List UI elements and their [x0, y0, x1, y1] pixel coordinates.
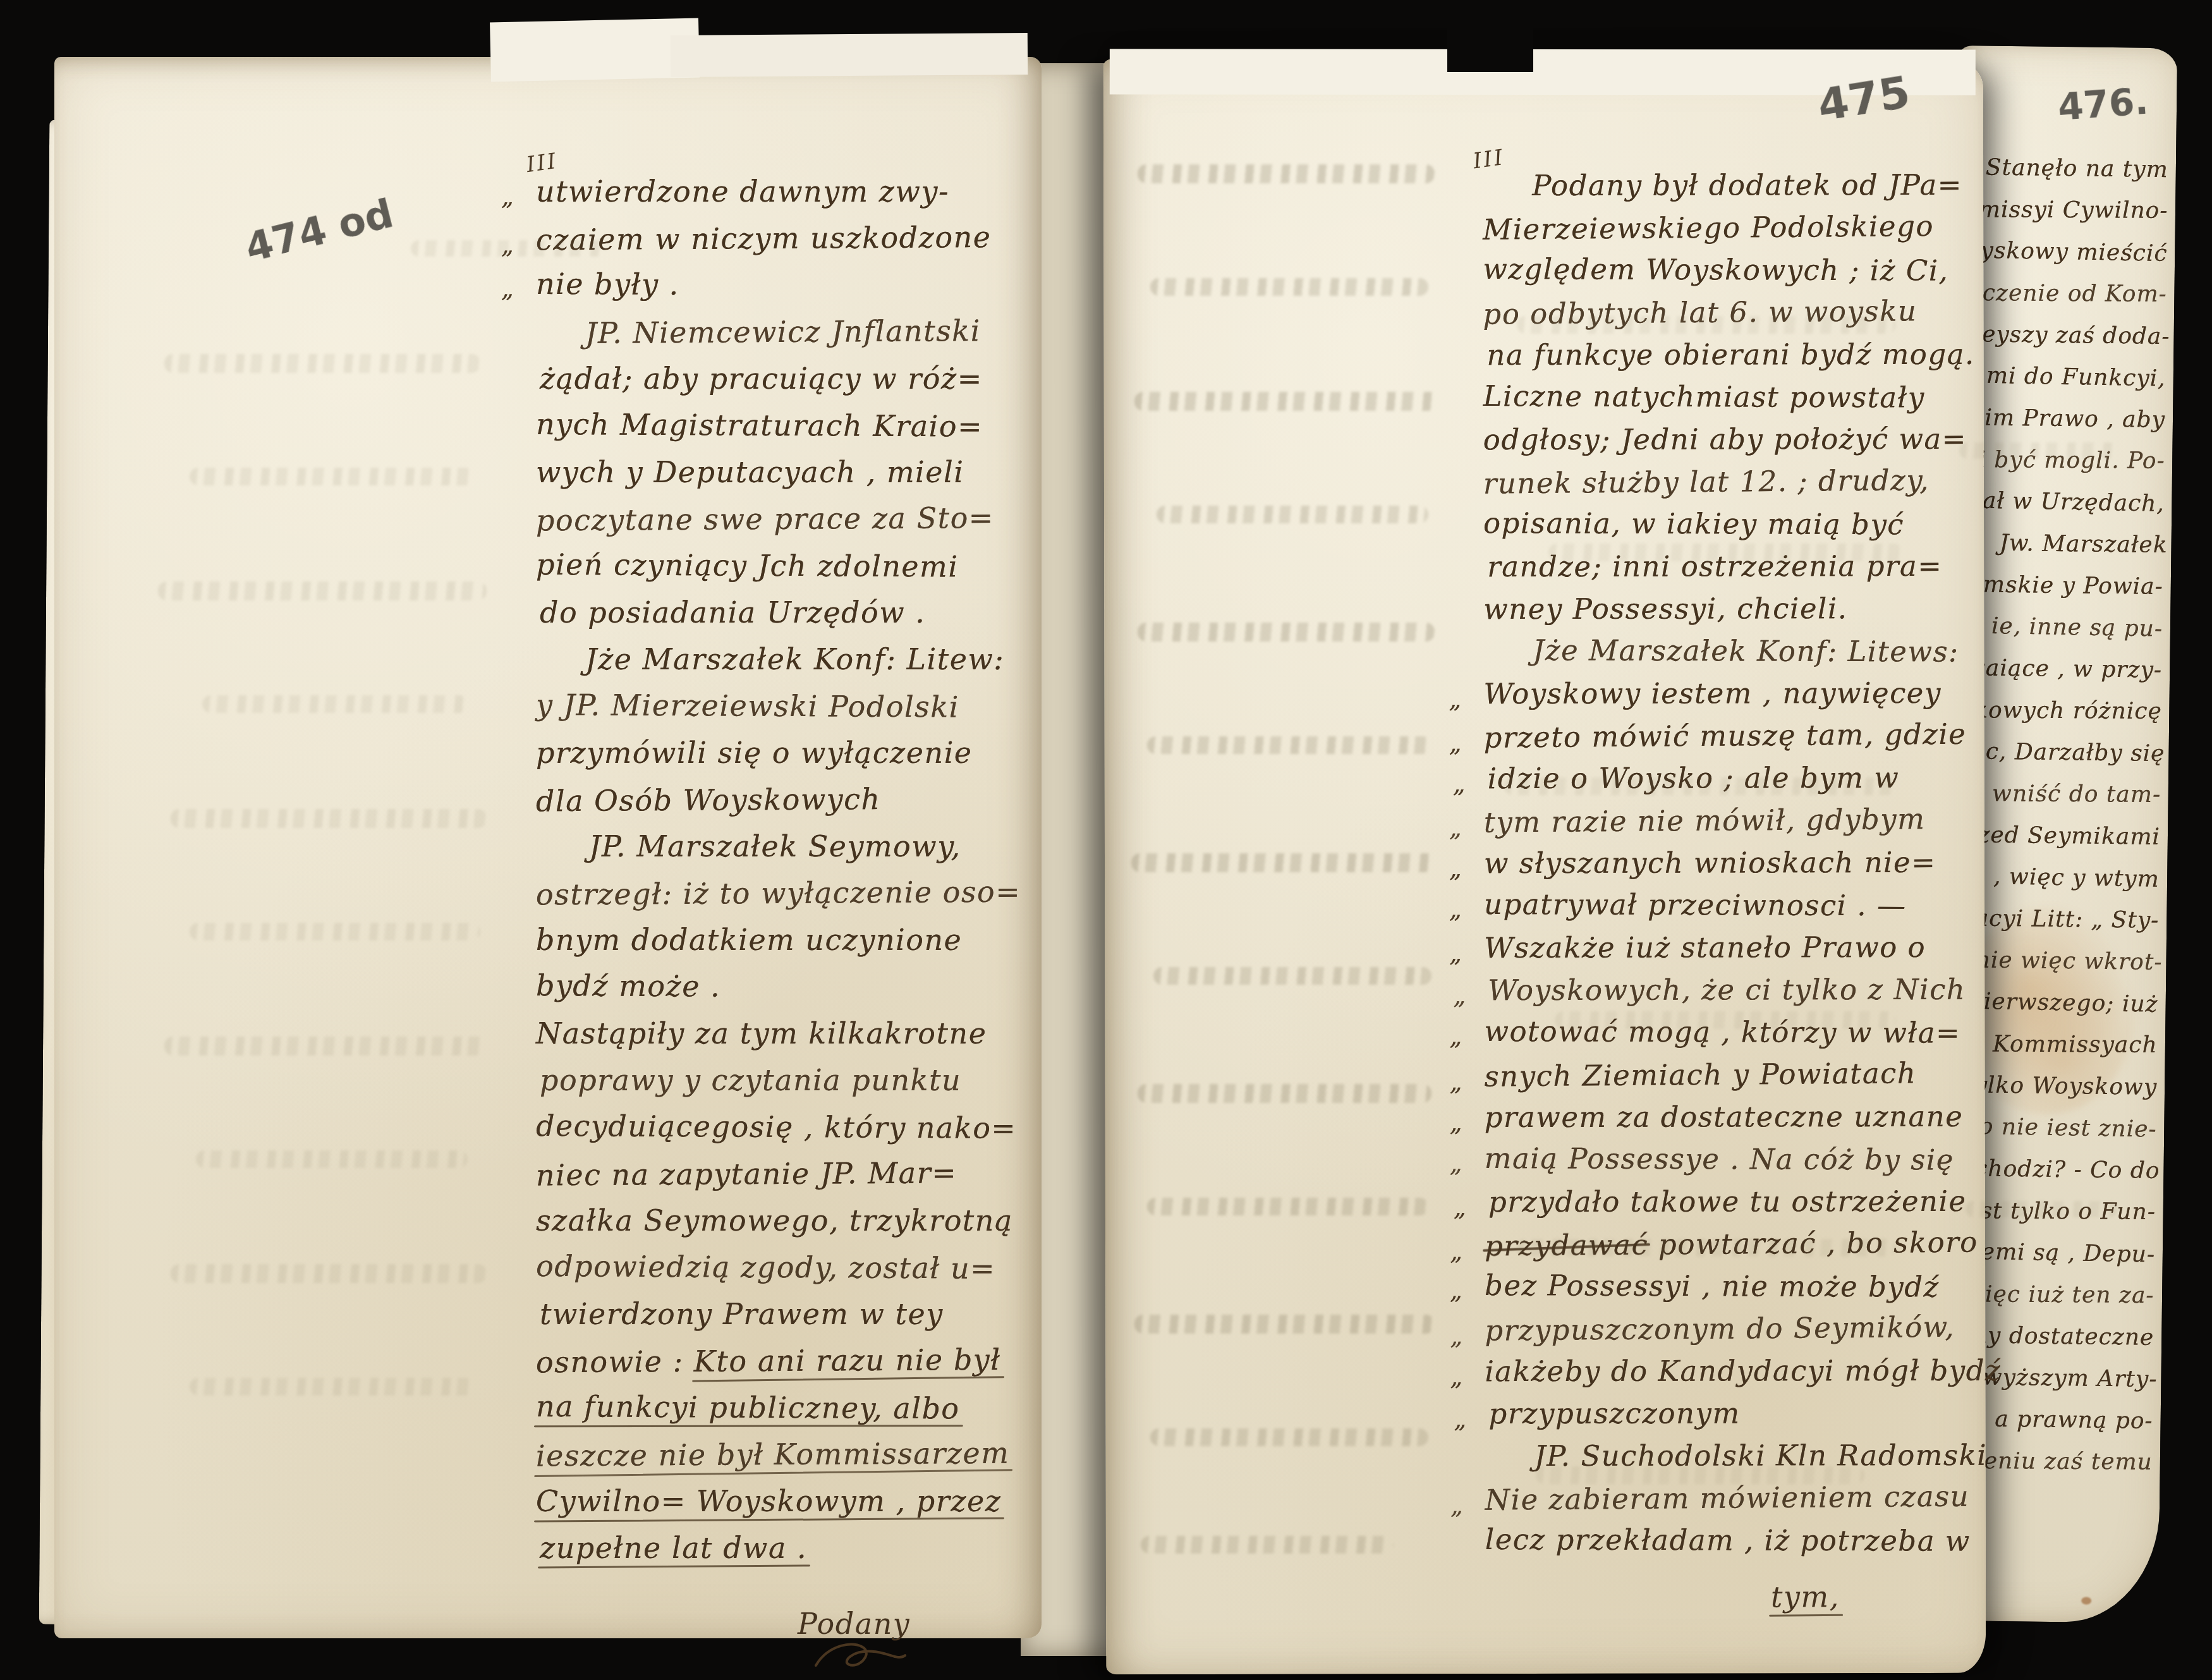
line-text: opisania, w iakiey maią być: [1483, 506, 1904, 541]
manuscript-line: c, Darzałby się: [1985, 733, 2169, 777]
manuscript-line: wych y Deputacyach , mieli: [536, 450, 1029, 497]
manuscript-line: poczytane swe prace za Sto=: [536, 496, 1029, 545]
line-text: y JP. Mierzeiewski Podolski: [536, 688, 959, 724]
bleed-through-ghost-text: [164, 354, 480, 373]
line-text: nie były .: [536, 267, 679, 301]
manuscript-line: „przydało takowe tu ostrzeżenie: [1488, 1181, 2007, 1224]
bleed-through-ghost-text: [1548, 544, 1902, 561]
line-text: Jże Marszałek Konf: Litew:: [585, 642, 1004, 676]
manuscript-line: JP. Niemcewicz Jnflantski: [536, 308, 1029, 358]
left-page-text: „utwierdzone dawnym zwy-„czaiem w niczym…: [536, 169, 1029, 1573]
line-text: mi do Funkcyi,: [1986, 363, 2166, 392]
manuscript-line: „tym razie nie mówił, gdybym: [1484, 798, 2003, 844]
bleed-through-ghost-text: [1138, 623, 1435, 642]
torn-paper-edge: [490, 18, 700, 82]
manuscript-line: lecz przekładam , iż potrzeba w: [1485, 1519, 2003, 1564]
line-text: odgłosy; Jedni aby położyć wa=: [1483, 422, 1967, 456]
line-text: w słyszanych wnioskach nie=: [1484, 846, 1936, 880]
margin-quote-mark: „: [1449, 848, 1462, 889]
margin-quote-mark: „: [1453, 764, 1466, 804]
bleed-through-ghost-text: [202, 695, 468, 713]
manuscript-line: mi do Funkcyi,: [1986, 356, 2170, 401]
margin-quote-mark: „: [1449, 723, 1462, 764]
manuscript-line: runek służby lat 12. ; drudzy,: [1483, 460, 2002, 506]
manuscript-line: „snych Ziemiach y Powiatach: [1484, 1052, 2003, 1099]
bleed-through-ghost-text: [411, 240, 607, 257]
right-page-text: Podany był dodatek od JPa=Mierzeiewskieg…: [1483, 165, 2003, 1563]
manuscript-line: Nastąpiły za tym kilkakrotne: [536, 1011, 1029, 1058]
bleed-through-ghost-text: [1134, 392, 1438, 411]
manuscript-line: na funkcye obierani bydź mogą.: [1487, 334, 2005, 377]
bleed-through-ghost-text: [1555, 1011, 1896, 1029]
margin-quote-mark: „: [1450, 1316, 1464, 1356]
bleed-through-ghost-text: [1138, 164, 1435, 183]
line-text: osnowie :: [536, 1344, 694, 1380]
bleed-through-ghost-text: [1141, 1536, 1394, 1554]
bleed-through-ghost-text: [190, 1378, 474, 1396]
line-text: poprawy y czytania punktu: [540, 1063, 961, 1097]
manuscript-line: „maią Possessye . Na cóż by się: [1485, 1138, 2003, 1183]
line-text: Nie zabieram mówieniem czasu: [1485, 1480, 1970, 1517]
bleed-through-ghost-text: [1138, 1084, 1431, 1103]
margin-quote-mark: „: [1453, 975, 1466, 1016]
manuscript-line: zupełne lat dwa .: [540, 1526, 1033, 1573]
line-text: zupełne lat dwa .: [540, 1531, 807, 1565]
line-text: Woyskowy iestem , naywięcey: [1483, 676, 1941, 710]
line-text: snych Ziemiach y Powiatach: [1484, 1056, 1916, 1093]
manuscript-line: eyszy zaś doda-: [1982, 315, 2173, 359]
manuscript-line: ie, inne są pu-: [1991, 607, 2166, 652]
manuscript-line: ieszcze nie był Kommissarzem: [536, 1431, 1029, 1481]
line-text: eyszy zaś doda-: [1982, 321, 2170, 350]
line-text: przydało takowe tu ostrzeżenie: [1488, 1184, 1967, 1219]
bleed-through-ghost-text: [1153, 967, 1431, 985]
manuscript-line: Mierzeiewskiego Podolskiego: [1483, 205, 2002, 252]
left-page: III 474 od „utwierdzone dawnym zwy-„czai…: [54, 57, 1042, 1638]
bleed-through-ghost-text: [1150, 1428, 1428, 1446]
line-text: pień czyniący Jch zdolnemi: [536, 547, 959, 583]
margin-quote-mark: „: [501, 267, 515, 311]
manuscript-line: iał w Urzędach,: [1974, 482, 2168, 527]
manuscript-line: dla Osób Woyskowych: [536, 776, 1029, 826]
bleed-through-ghost-text: [1536, 1466, 1864, 1484]
line-text: utwierdzone dawnym zwy-: [536, 174, 949, 209]
bleed-through-ghost-text: [190, 468, 474, 485]
line-text: wych y Deputacyach , mieli: [536, 455, 964, 489]
margin-quote-mark: „: [1450, 1356, 1463, 1397]
line-text: Liczne natychmiast powstały: [1483, 379, 1925, 414]
line-text: niec na zapytanie JP. Mar=: [536, 1155, 957, 1192]
margin-quote-mark: „: [1449, 933, 1462, 973]
line-text: do posiadania Urzędów .: [540, 595, 925, 630]
line-text: c, Darzałby się: [1986, 739, 2165, 767]
manuscript-line: opisania, w iakiey maią być: [1483, 503, 2002, 547]
bleed-through-ghost-text: [190, 923, 480, 940]
manuscript-line: odgłosy; Jedni aby położyć wa=: [1483, 419, 2002, 462]
line-text: Woyskowych, że ci tylko z Nich: [1488, 973, 1966, 1007]
line-text: Nastąpiły za tym kilkakrotne: [536, 1016, 987, 1050]
line-text: nych Magistraturach Kraio=: [536, 407, 983, 444]
margin-quote-mark: „: [1449, 679, 1462, 719]
margin-quote-mark: „: [1454, 1187, 1467, 1227]
bleed-through-ghost-text: [1959, 442, 2117, 459]
line-text: Podany był dodatek od JPa=: [1532, 168, 1962, 202]
bleed-through-ghost-text: [1134, 1315, 1435, 1334]
line-text: tym razie nie mówił, gdybym: [1484, 802, 1926, 839]
manuscript-line: pień czyniący Jch zdolnemi: [536, 542, 1029, 592]
manuscript-line: JP. Marszałek Seymowy,: [540, 824, 1033, 871]
ink-flourish: [809, 1633, 913, 1678]
line-text: przypuszczonym do Seymików,: [1485, 1310, 1955, 1348]
line-text: bydź może .: [536, 968, 721, 1004]
manuscript-line: szałka Seymowego, trzykrotną: [536, 1198, 1029, 1245]
pencil-page-number: 476.: [2057, 80, 2150, 130]
margin-quote-mark: „: [1450, 1231, 1464, 1272]
manuscript-line: „przypuszczonym do Seymików,: [1485, 1306, 2003, 1353]
bleed-through-ghost-text: [1517, 1239, 1896, 1257]
line-text: JP. Marszałek Seymowy,: [589, 829, 961, 863]
line-text: upatrywał przeciwnosci . —: [1484, 887, 1907, 922]
line-text: runek służby lat 12. ; drudzy,: [1483, 463, 1929, 501]
manuscript-line: „utwierdzone dawnym zwy-: [536, 169, 1029, 216]
line-text: przeto mówić muszę tam, gdzie: [1483, 717, 1966, 755]
line-text: maią Possessye . Na cóż by się: [1485, 1141, 1954, 1177]
line-text: bez Possessyi , nie może bydź: [1485, 1269, 1940, 1304]
margin-quote-mark: „: [1449, 889, 1462, 930]
torn-paper-edge: [671, 33, 1028, 77]
margin-quote-mark: „: [1450, 1485, 1464, 1526]
bleed-through-ghost-text: [196, 1150, 468, 1168]
line-text: Kto ani razu nie był: [693, 1342, 1000, 1379]
margin-quote-mark: „: [1454, 1399, 1467, 1439]
line-text: ieszcze nie był Kommissarzem: [536, 1436, 1010, 1473]
manuscript-line: do posiadania Urzędów .: [540, 590, 1033, 637]
bleed-through-ghost-text: [171, 809, 487, 828]
line-text: na funkcye obierani bydź mogą.: [1487, 338, 1975, 372]
manuscript-line: „czaiem w niczym uszkodzone: [536, 215, 1029, 265]
manuscript-line: poprawy y czytania punktu: [540, 1058, 1033, 1105]
line-text: bnym dodatkiem uczynione: [536, 923, 962, 957]
line-text: iakżeby do Kandydacyi mógł bydź: [1485, 1354, 2001, 1388]
manuscript-line: ięc iuż ten za-: [1985, 1275, 2158, 1318]
line-text: szałka Seymowego, trzykrotną: [536, 1203, 1013, 1238]
manuscript-line: na funkcyi publiczney, albo: [536, 1384, 1029, 1433]
line-text: na funkcyi publiczney, albo: [536, 1389, 960, 1426]
line-text: wney Possessyi, chcieli.: [1483, 592, 1847, 626]
paper-speck: [2081, 1597, 2091, 1605]
manuscript-line: „przypuszczonym: [1488, 1393, 2007, 1436]
margin-quote-mark: „: [1450, 1270, 1463, 1311]
manuscript-line: nych Magistraturach Kraio=: [536, 402, 1029, 451]
manuscript-line: „Woyskowy iestem , naywięcey: [1483, 673, 2002, 716]
bleed-through-ghost-text: [1517, 316, 1896, 334]
line-text: ostrzegł: iż to wyłączenie oso=: [536, 875, 1021, 912]
bleed-through-ghost-text: [1504, 777, 1896, 795]
catchword: tym,: [1771, 1580, 1840, 1614]
manuscript-scan: III 474 od „utwierdzone dawnym zwy-„czai…: [0, 0, 2212, 1680]
manuscript-line: a prawną po-: [1995, 1400, 2157, 1444]
manuscript-line: twierdzony Prawem w tey: [540, 1292, 1033, 1339]
manuscript-line: przymówili się o wyłączenie: [536, 731, 1029, 777]
manuscript-line: ostrzegł: iż to wyłączenie oso=: [536, 870, 1029, 920]
line-text: JP. Niemcewicz Jnflantski: [585, 313, 981, 350]
manuscript-line: bnym dodatkiem uczynione: [536, 918, 1029, 965]
manuscript-line: wney Possessyi, chcieli.: [1483, 588, 2002, 631]
line-text: względem Woyskowych ; iż Ci,: [1483, 252, 1948, 288]
line-text: Cywilno= Woyskowym , przez: [536, 1484, 1001, 1518]
bleed-through-ghost-text: [1147, 736, 1431, 754]
bleed-through-ghost-text: [158, 581, 487, 600]
line-text: poczytane swe prace za Sto=: [536, 501, 994, 537]
line-text: a prawną po-: [1995, 1406, 2153, 1434]
manuscript-line: „Woyskowych, że ci tylko z Nich: [1488, 970, 2006, 1013]
bleed-through-ghost-text: [164, 1037, 487, 1056]
line-text: odpowiedzią zgody, został u=: [536, 1249, 995, 1286]
manuscript-line: Cywilno= Woyskowym , przez: [536, 1479, 1029, 1526]
margin-quote-mark: „: [1449, 1016, 1462, 1057]
line-text: ie, inne są pu-: [1991, 613, 2163, 642]
bleed-through-ghost-text: [1157, 506, 1428, 523]
margin-quote-mark: „: [1450, 1143, 1463, 1184]
manuscript-line: Liczne natychmiast powstały: [1483, 376, 2002, 420]
bleed-through-ghost-text: [171, 1264, 487, 1283]
manuscript-line: „bez Possessyi , nie może bydź: [1485, 1265, 2003, 1310]
line-text: iał w Urzędach,: [1974, 488, 2165, 517]
margin-quote-mark: „: [1449, 808, 1463, 848]
manuscript-line: „iakżeby do Kandydacyi mógł bydź: [1485, 1351, 2003, 1394]
margin-quote-mark: „: [501, 174, 514, 219]
manuscript-line: „prawem za dostateczne uznane: [1485, 1097, 2003, 1140]
line-text: Wszakże iuż staneło Prawo o: [1484, 930, 1926, 965]
manuscript-line: odpowiedzią zgody, został u=: [536, 1244, 1029, 1293]
manuscript-line: Jże Marszałek Konf: Litew:: [536, 637, 1029, 684]
line-text: lecz przekładam , iż potrzeba w: [1485, 1523, 1971, 1558]
line-text: przymówili się o wyłączenie: [536, 736, 973, 770]
manuscript-line: Jże Marszałek Konf: Litews:: [1483, 630, 2002, 674]
pencil-folio-note: 474 od: [241, 190, 398, 271]
line-text: Jw. Marszałek: [1999, 530, 2168, 558]
manuscript-line: kowych różnicę: [1974, 691, 2166, 734]
manuscript-line: y JP. Mierzeiewski Podolski: [536, 683, 1029, 732]
scan-mask-notch: [1447, 0, 1533, 72]
manuscript-line: decyduiącegosię , który nako=: [536, 1104, 1029, 1153]
bleed-through-ghost-text: [1147, 1198, 1428, 1215]
manuscript-line: „nie były .: [536, 262, 1029, 311]
manuscript-line: „upatrywał przeciwnosci . —: [1484, 884, 2002, 928]
margin-quote-mark: „: [1449, 1062, 1463, 1102]
line-text: Jże Marszałek Konf: Litews:: [1533, 633, 1959, 668]
manuscript-line: „Wszakże iuż staneło Prawo o: [1484, 927, 2002, 970]
line-text: Mierzeiewskiego Podolskiego: [1483, 209, 1934, 247]
margin-quote-mark: „: [1450, 1102, 1463, 1143]
manuscript-line: „w słyszanych wnioskach nie=: [1484, 843, 2002, 886]
manuscript-line: niec na zapytanie JP. Mar=: [536, 1150, 1029, 1200]
line-text: twierdzony Prawem w tey: [540, 1297, 944, 1331]
line-text: żądał; aby pracuiący w róż=: [540, 362, 983, 396]
line-text: przypuszczonym: [1488, 1396, 1740, 1430]
bleed-through-ghost-text: [1966, 1201, 2117, 1217]
manuscript-line: bydź może .: [536, 963, 1029, 1013]
line-text: prawem za dostateczne uznane: [1485, 1100, 1964, 1134]
manuscript-line: osnowie : Kto ani razu nie był: [536, 1337, 1029, 1387]
line-text: decyduiącegosię , który nako=: [536, 1109, 1017, 1145]
manuscript-line: względem Woyskowych ; iż Ci,: [1483, 249, 2001, 293]
manuscript-line: Jw. Marszałek: [1999, 524, 2172, 568]
bleed-through-ghost-text: [1131, 853, 1435, 872]
line-text: dla Osób Woyskowych: [536, 782, 881, 818]
manuscript-line: żądał; aby pracuiący w róż=: [540, 356, 1033, 403]
manuscript-line: Podany był dodatek od JPa=: [1483, 165, 2001, 208]
line-text: ięc iuż ten za-: [1985, 1281, 2154, 1308]
manuscript-line: „przeto mówić muszę tam, gdzie: [1483, 714, 2002, 760]
bleed-through-ghost-text: [1150, 278, 1428, 296]
